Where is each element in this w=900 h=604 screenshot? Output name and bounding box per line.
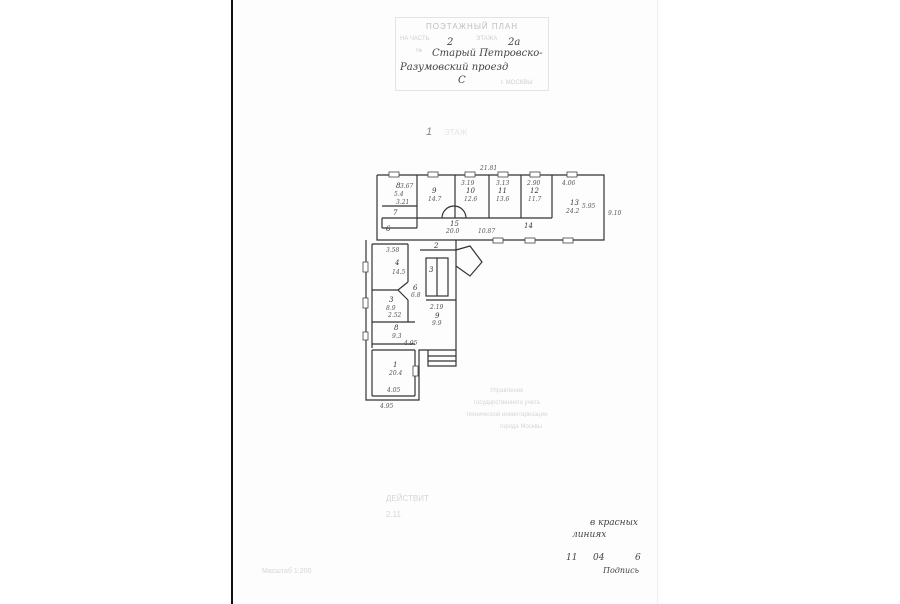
handwritten-note-1: в красных (590, 518, 638, 528)
svg-text:12: 12 (530, 187, 539, 195)
status-stamp-sub: 2.11 (386, 510, 401, 519)
svg-text:9.10: 9.10 (608, 210, 622, 217)
inventory-stamp-line3: технической инвентаризации (466, 412, 547, 418)
svg-text:9: 9 (435, 312, 440, 320)
svg-text:3.19: 3.19 (461, 180, 475, 187)
svg-text:2.90: 2.90 (526, 180, 541, 187)
svg-text:10: 10 (466, 187, 475, 195)
svg-text:14.7: 14.7 (428, 196, 442, 203)
date-year: 6 (635, 553, 641, 563)
svg-text:5.4: 5.4 (394, 191, 404, 198)
svg-text:15: 15 (450, 220, 459, 228)
scale-label: Масштаб 1:200 (262, 568, 311, 575)
svg-text:3.58: 3.58 (386, 247, 400, 254)
svg-text:21.81: 21.81 (479, 165, 497, 172)
svg-text:2: 2 (433, 242, 439, 250)
date-day: 11 (566, 553, 577, 563)
handwritten-note-2: линиях (572, 530, 606, 540)
svg-text:1: 1 (393, 361, 397, 369)
svg-text:4.95: 4.95 (403, 340, 418, 347)
svg-text:2.19: 2.19 (429, 304, 444, 311)
svg-text:9: 9 (432, 187, 437, 195)
svg-text:4.95: 4.95 (379, 403, 394, 410)
svg-text:20.0: 20.0 (445, 228, 460, 235)
svg-text:4: 4 (394, 259, 399, 267)
svg-text:13.6: 13.6 (496, 196, 510, 203)
svg-text:3: 3 (429, 266, 434, 274)
signature: Подпись (603, 566, 639, 575)
svg-text:2.52: 2.52 (387, 312, 402, 319)
svg-text:5.95: 5.95 (582, 203, 596, 210)
svg-text:24.2: 24.2 (565, 208, 580, 215)
svg-text:6: 6 (413, 284, 418, 292)
svg-text:3.67: 3.67 (400, 183, 414, 190)
svg-text:12.6: 12.6 (464, 196, 478, 203)
status-stamp: ДЕЙСТВИТ (386, 494, 429, 503)
floor-plan-drawing: 21.81 85.43.21 3.67 914.7 3.19 1012.6 3.… (0, 0, 900, 604)
svg-text:3: 3 (389, 296, 394, 304)
svg-text:4.06: 4.06 (561, 180, 576, 187)
svg-text:13: 13 (570, 199, 579, 207)
inventory-stamp-line1: Управление (490, 388, 523, 394)
svg-text:6: 6 (386, 225, 391, 233)
svg-text:3.13: 3.13 (496, 180, 510, 187)
svg-text:14: 14 (524, 222, 533, 230)
svg-text:4.05: 4.05 (386, 387, 401, 394)
svg-text:9.9: 9.9 (432, 320, 442, 327)
svg-text:7: 7 (393, 209, 398, 217)
inventory-stamp-line2: государственного учета (474, 400, 540, 406)
svg-text:9.3: 9.3 (392, 333, 402, 340)
svg-text:20.4: 20.4 (388, 370, 403, 377)
inventory-stamp-line4: города Москвы (500, 424, 542, 430)
svg-text:8.9: 8.9 (386, 305, 396, 312)
svg-text:8: 8 (394, 324, 399, 332)
svg-text:10.87: 10.87 (478, 228, 495, 235)
svg-text:14.5: 14.5 (392, 269, 406, 276)
svg-text:11.7: 11.7 (528, 196, 542, 203)
svg-text:11: 11 (498, 187, 507, 195)
svg-text:3.21: 3.21 (396, 199, 409, 206)
date-month: 04 (593, 553, 604, 563)
svg-text:6.8: 6.8 (411, 292, 421, 299)
